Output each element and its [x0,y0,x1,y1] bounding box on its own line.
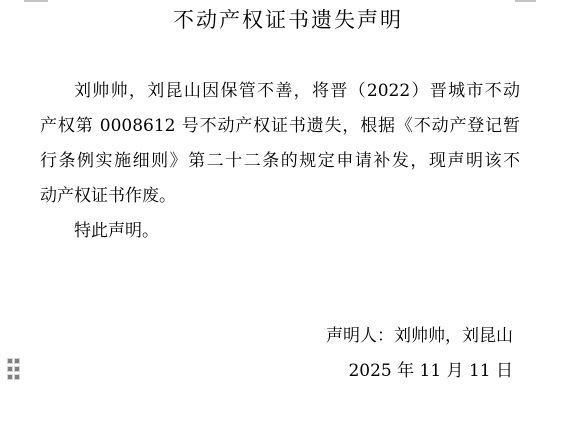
drag-handle-dot [15,359,19,363]
document-page: 不动产权证书遗失声明 刘帅帅，刘昆山因保管不善，将晋（2022）晋城市不动 产权… [40,3,520,389]
signatory-line: 声明人：刘帅帅，刘昆山 [40,319,513,354]
body-line: 动产权证书作废。 [40,179,520,214]
body-paragraph: 刘帅帅，刘昆山因保管不善，将晋（2022）晋城市不动 产权第 0008612 号… [40,74,520,249]
drag-handle-dot [8,359,12,363]
date-line: 2025 年 11 月 11 日 [40,354,513,389]
body-line: 行条例实施细则》第二十二条的规定申请补发，现声明该不 [40,144,520,179]
body-line: 产权第 0008612 号不动产权证书遗失，根据《不动产登记暂 [40,109,520,144]
closing-statement: 特此声明。 [40,214,520,249]
body-line: 刘帅帅，刘昆山因保管不善，将晋（2022）晋城市不动 [40,74,520,109]
drag-handle-dot [15,367,19,371]
page-title: 不动产权证书遗失声明 [40,3,520,38]
signature-block: 声明人：刘帅帅，刘昆山 2025 年 11 月 11 日 [40,319,520,389]
drag-handle-dot [15,375,19,379]
drag-handle-dot [8,367,12,371]
drag-handle-icon[interactable] [8,359,19,379]
top-left-bar-fragment [24,0,48,2]
top-right-bar-fragment [515,0,536,2]
drag-handle-dot [8,375,12,379]
